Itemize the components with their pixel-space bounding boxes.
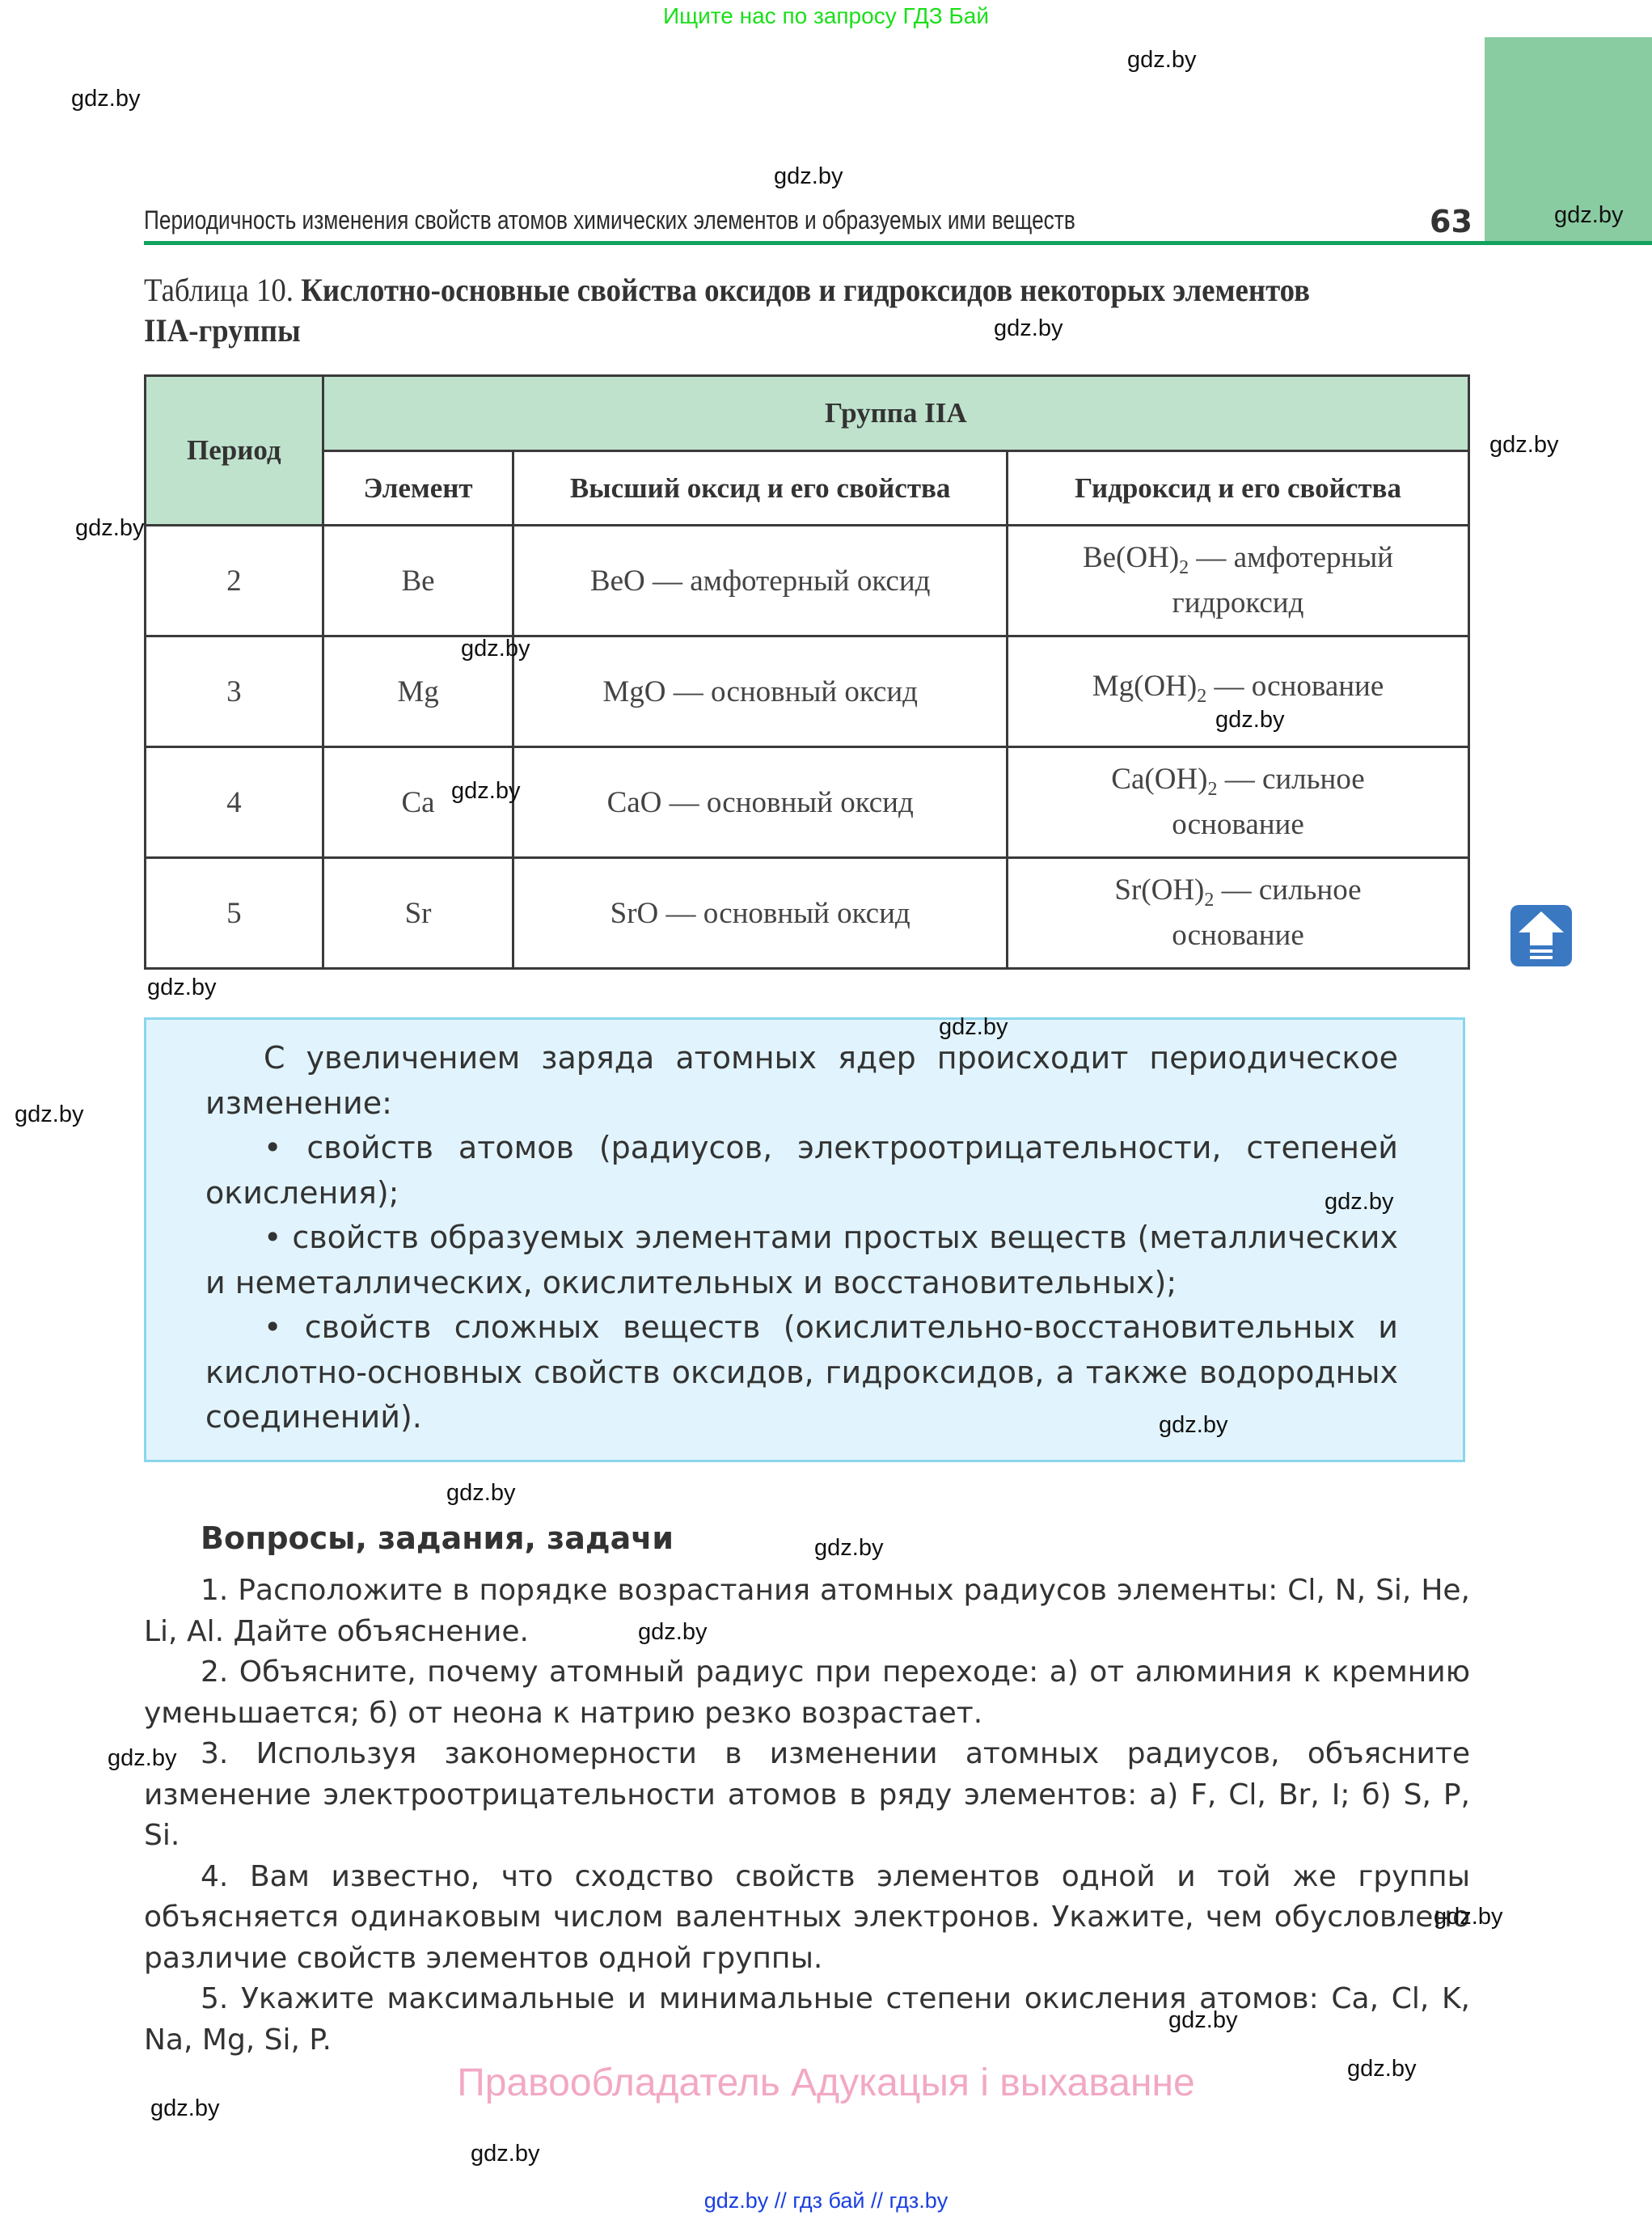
watermark: gdz.by: [75, 515, 144, 542]
cell-oxide: SrO — основный оксид: [513, 858, 1008, 969]
watermark: gdz.by: [71, 86, 140, 112]
cell-oxide: CaO — основный оксид: [513, 747, 1008, 858]
cell-oxide: BeO — амфотерный оксид: [513, 526, 1008, 636]
watermark: gdz.by: [471, 2141, 539, 2167]
header-period: Период: [146, 376, 323, 526]
watermark: gdz.by: [1554, 202, 1623, 229]
watermark: gdz.by: [446, 1480, 515, 1507]
cell-hydroxide: Be(OH)2 — амфотерный гидроксид: [1007, 526, 1468, 636]
summary-box: С увеличением заряда атомных ядер происх…: [144, 1017, 1465, 1462]
table-row: 2 Be BeO — амфотерный оксид Be(OH)2 — ам…: [146, 526, 1469, 636]
watermark: gdz.by: [638, 1619, 707, 1646]
questions-title: Вопросы, задания, задачи: [201, 1520, 674, 1556]
watermark: gdz.by: [1215, 707, 1284, 734]
watermark: gdz.by: [15, 1101, 83, 1128]
watermark: gdz.by: [1127, 47, 1196, 74]
watermark: gdz.by: [147, 975, 216, 1001]
header-group: Группа IIA: [323, 376, 1468, 451]
cell-element: Be: [323, 526, 513, 636]
watermark: gdz.by: [451, 778, 520, 805]
oxides-table: Период Группа IIA Элемент Высший оксид и…: [144, 374, 1470, 970]
footer-links[interactable]: gdz.by // гдз бай // гдз.by: [0, 2188, 1652, 2213]
scroll-top-button[interactable]: [1510, 905, 1572, 966]
table-caption-title: Кислотно-основные свойства оксидов и гид…: [144, 272, 1310, 349]
watermark: gdz.by: [1434, 1904, 1502, 1930]
watermark: gdz.by: [814, 1535, 883, 1562]
cell-period: 5: [146, 858, 323, 969]
cell-element: Sr: [323, 858, 513, 969]
page-number: 63: [1430, 204, 1472, 239]
arrow-up-icon: [1510, 905, 1572, 966]
watermark: gdz.by: [1168, 2007, 1237, 2034]
cell-period: 3: [146, 636, 323, 747]
cell-period: 2: [146, 526, 323, 636]
running-title: Периодичность изменения свойств атомов х…: [144, 205, 1075, 235]
header-oxide: Высший оксид и его свойства: [513, 451, 1008, 526]
watermark: gdz.by: [1325, 1189, 1393, 1216]
watermark: gdz.by: [150, 2095, 219, 2122]
question-item: 4. Вам известно, что сходство свойств эл…: [144, 1857, 1470, 1980]
search-banner[interactable]: Ищите нас по запросу ГДЗ Бай: [0, 3, 1652, 29]
cell-hydroxide: Sr(OH)2 — сильное основание: [1007, 858, 1468, 969]
cell-hydroxide: Ca(OH)2 — сильное основание: [1007, 747, 1468, 858]
table-row: 4 Ca CaO — основный оксид Ca(OH)2 — силь…: [146, 747, 1469, 858]
watermark: gdz.by: [774, 163, 843, 190]
questions-list: 1. Расположите в порядке возрастания ато…: [144, 1571, 1470, 2061]
table-caption: Таблица 10. Кислотно-основные свойства о…: [144, 270, 1364, 351]
header-divider: [144, 241, 1652, 245]
header-element: Элемент: [323, 451, 513, 526]
watermark: gdz.by: [1159, 1412, 1227, 1439]
question-item: 5. Укажите максимальные и минимальные ст…: [144, 1979, 1470, 2061]
table-row: 5 Sr SrO — основный оксид Sr(OH)2 — силь…: [146, 858, 1469, 969]
question-item: 3. Используя закономерности в изменении …: [144, 1734, 1470, 1857]
watermark: gdz.by: [461, 636, 530, 662]
question-item: 2. Объясните, почему атомный радиус при …: [144, 1652, 1470, 1734]
question-item: 1. Расположите в порядке возрастания ато…: [144, 1571, 1470, 1652]
summary-bullet: • свойств атомов (радиусов, электроотриц…: [205, 1126, 1398, 1216]
cell-oxide: MgO — основный оксид: [513, 636, 1008, 747]
summary-bullet: • свойств образуемых элементами простых …: [205, 1216, 1398, 1305]
table-caption-prefix: Таблица 10.: [144, 272, 294, 308]
summary-intro: С увеличением заряда атомных ядер происх…: [205, 1036, 1398, 1126]
watermark: gdz.by: [1347, 2056, 1416, 2082]
header-hydroxide: Гидроксид и его свойства: [1007, 451, 1468, 526]
cell-period: 4: [146, 747, 323, 858]
watermark: gdz.by: [108, 1745, 176, 1772]
watermark: gdz.by: [1489, 432, 1558, 459]
watermark: gdz.by: [994, 315, 1063, 342]
watermark: gdz.by: [939, 1014, 1008, 1041]
